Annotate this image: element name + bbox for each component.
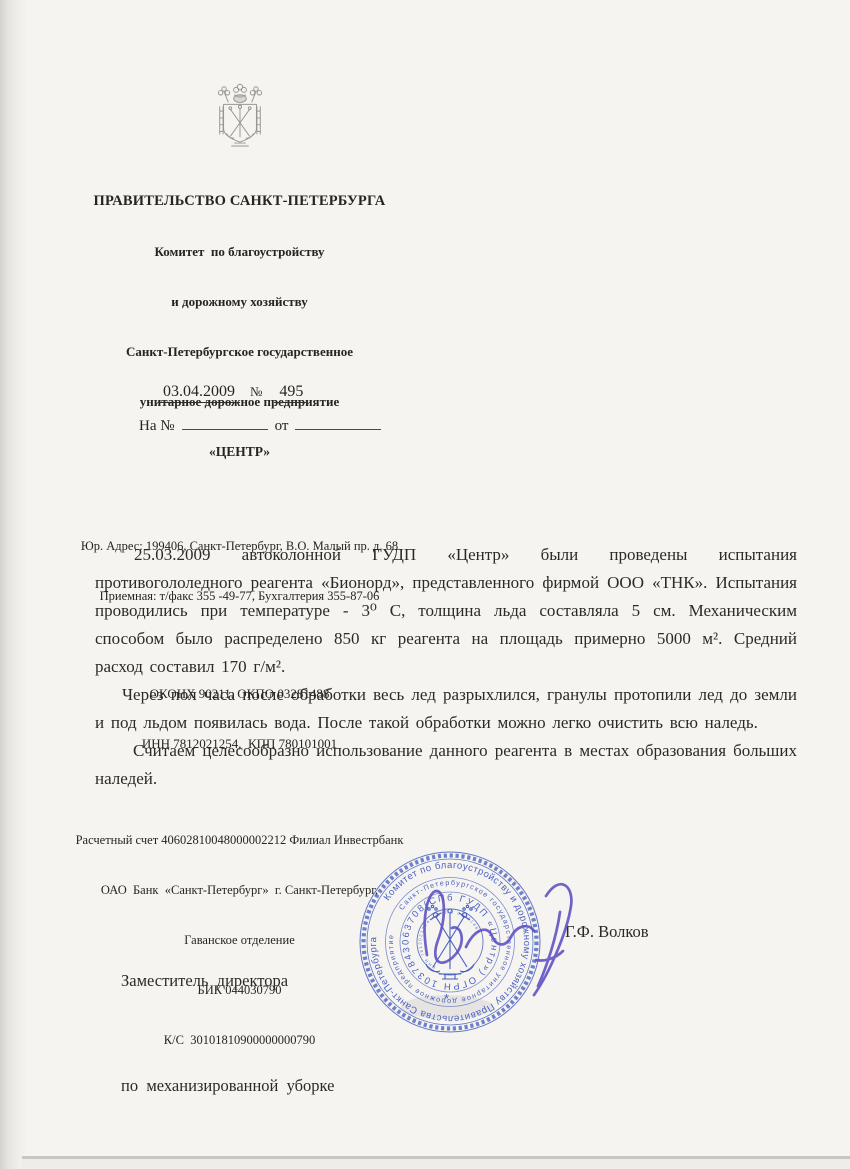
letterhead-enterprise-1: Санкт-Петербургское государственное (38, 345, 441, 359)
reply-reference-line: На №от (139, 414, 388, 435)
signer-title: Заместитель директора по механизированно… (121, 893, 335, 1169)
paragraph-observation: Через пол часа после обработки весь лед … (95, 681, 797, 737)
signer-title-line2: по механизированной уборке (121, 1068, 335, 1103)
letterhead-enterprise-name: «ЦЕНТР» (38, 445, 441, 459)
reply-from-label: от (275, 418, 289, 434)
reply-date-blank (295, 414, 381, 430)
letterhead-bank-1: Расчетный счет 40602810048000002212 Фили… (38, 833, 441, 847)
stamp-star: * (444, 991, 449, 1006)
scanned-letter-page: ПРАВИТЕЛЬСТВО САНКТ-ПЕТЕРБУРГА Комитет п… (0, 0, 850, 1169)
letter-number: 495 (274, 383, 308, 403)
scan-left-shadow (0, 0, 28, 1169)
signer-name: Г.Ф. Волков (565, 922, 649, 942)
paragraph-test-results: 25.03.2009 автоколонной ГУДП «Центр» был… (95, 541, 797, 681)
letter-body: 25.03.2009 автоколонной ГУДП «Центр» был… (95, 541, 797, 793)
number-sign: № (250, 384, 262, 399)
official-round-stamp: Комитет по благоустройству и дорожному х… (356, 850, 544, 1034)
letterhead-committee-1: Комитет по благоустройству (38, 245, 441, 259)
letterhead-government: ПРАВИТЕЛЬСТВО САНКТ-ПЕТЕРБУРГА (38, 194, 441, 209)
letter-date: 03.04.2009 (158, 383, 240, 403)
reply-label: На № (139, 418, 175, 434)
paragraph-conclusion: Считаем целесообразно использование данн… (95, 737, 797, 793)
reply-number-blank (182, 414, 268, 430)
letterhead-committee-2: и дорожному хозяйству (38, 295, 441, 309)
reference-line: 03.04.2009№495 (158, 383, 308, 403)
signer-title-line1: Заместитель директора (121, 963, 335, 998)
city-coat-of-arms-icon (211, 83, 269, 149)
